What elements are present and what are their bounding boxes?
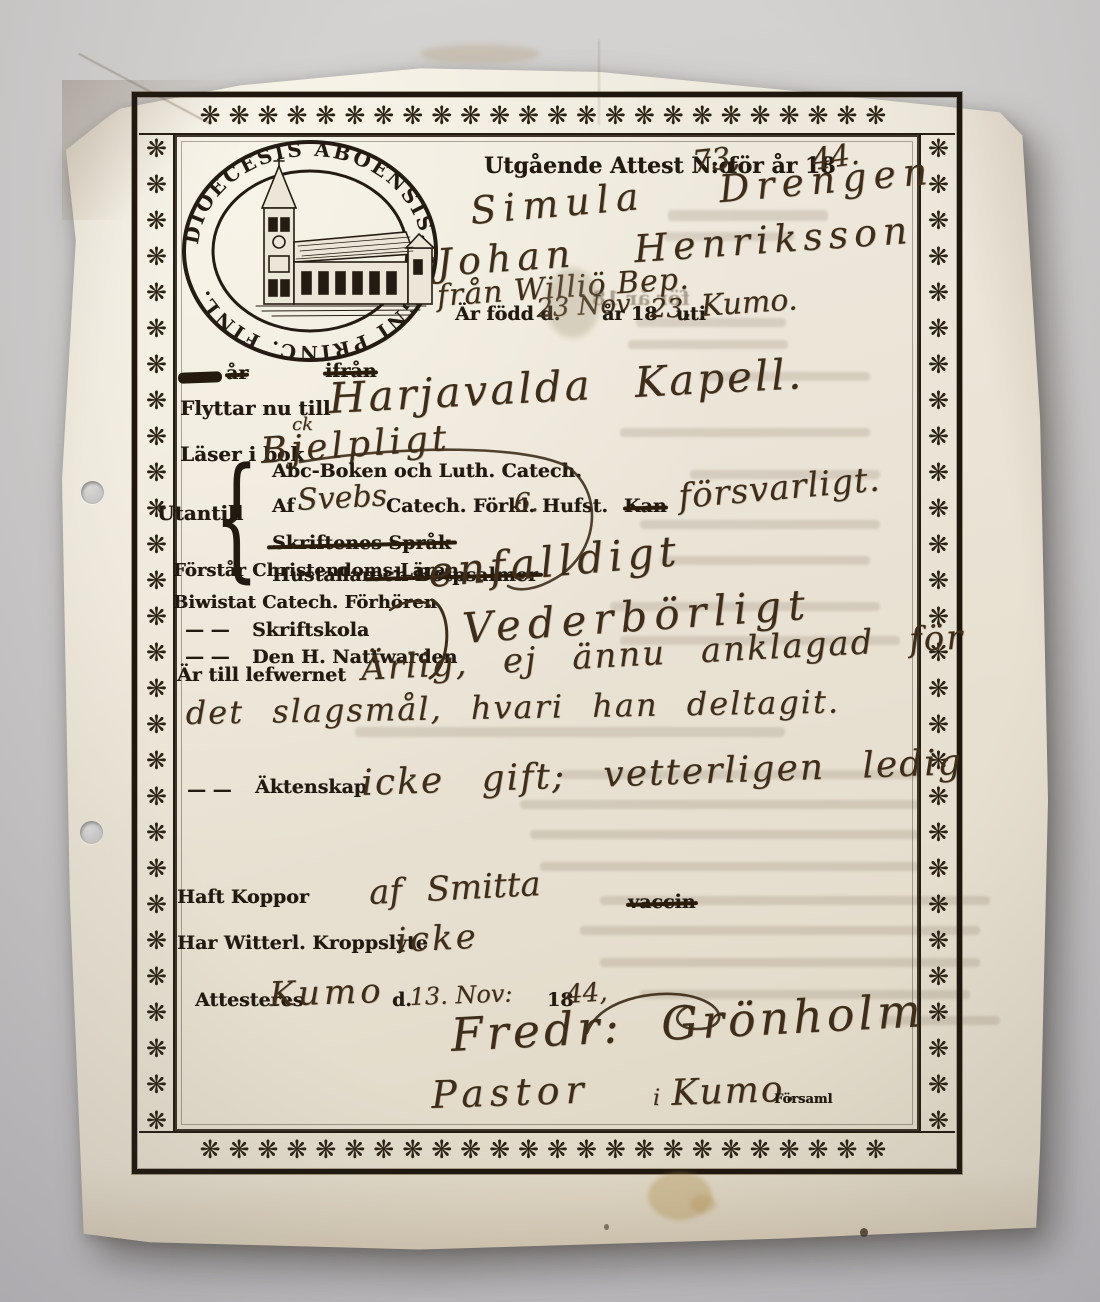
smallpox-label: Haft Koppor bbox=[177, 888, 309, 908]
rosette-border-left: ❋❋❋❋❋❋❋❋❋❋❋❋❋❋❋❋❋❋❋❋❋❋❋❋❋❋❋❋ bbox=[139, 134, 175, 1132]
stain bbox=[420, 44, 540, 64]
rosette-border-top: ❋❋❋❋❋❋❋❋❋❋❋❋❋❋❋❋❋❋❋❋❋❋❋❋ bbox=[139, 99, 955, 135]
signature-parish-printed: Församl bbox=[774, 1093, 832, 1107]
utantill-row2-struck: Kan bbox=[624, 497, 667, 517]
smallpox-value: af Smitta bbox=[368, 867, 541, 910]
bodily-defect-value: icke bbox=[395, 920, 479, 958]
understands-doctrine-label: Förstår Christendoms-Läran bbox=[173, 562, 459, 581]
punch-hole-top bbox=[81, 481, 104, 504]
skriftskola-label: Skriftskola bbox=[252, 621, 369, 641]
photo-of-certificate: för år 18 ❋❋❋❋❋❋❋❋❋❋❋❋❋❋❋❋❋❋❋❋❋❋❋❋ ❋❋❋❋❋… bbox=[0, 0, 1100, 1302]
marriage-label: Äktenskap bbox=[255, 778, 367, 798]
struck-word-ar: år bbox=[226, 364, 248, 384]
signature-title: Pastor bbox=[431, 1070, 591, 1114]
stain bbox=[690, 1195, 716, 1213]
signature-i: i bbox=[653, 1088, 660, 1110]
birth-place-handwritten: Kumo. bbox=[700, 285, 798, 322]
stain bbox=[545, 268, 600, 338]
diocese-seal: DIOECESIS ABOENSIS. MAGNI PRINC. FINL. bbox=[176, 134, 444, 368]
bodily-defect-label: Har Witterl. Kroppslyte bbox=[177, 934, 428, 954]
punch-hole-bottom bbox=[80, 821, 103, 844]
vaccin-struck: vaccin bbox=[628, 893, 696, 913]
rosette-border-bottom: ❋❋❋❋❋❋❋❋❋❋❋❋❋❋❋❋❋❋❋❋❋❋❋❋ bbox=[139, 1131, 955, 1167]
attested-place: Kumo bbox=[269, 974, 385, 1012]
reads-in-book-insertion: ck bbox=[292, 416, 313, 434]
stain bbox=[604, 1224, 609, 1230]
conduct-label: Är till lefwernet bbox=[177, 666, 346, 686]
marriage-dashes: — — bbox=[187, 781, 232, 801]
ink-blot bbox=[178, 371, 222, 384]
stain bbox=[860, 1228, 868, 1237]
skriftskola-dashes: — — bbox=[185, 621, 230, 641]
